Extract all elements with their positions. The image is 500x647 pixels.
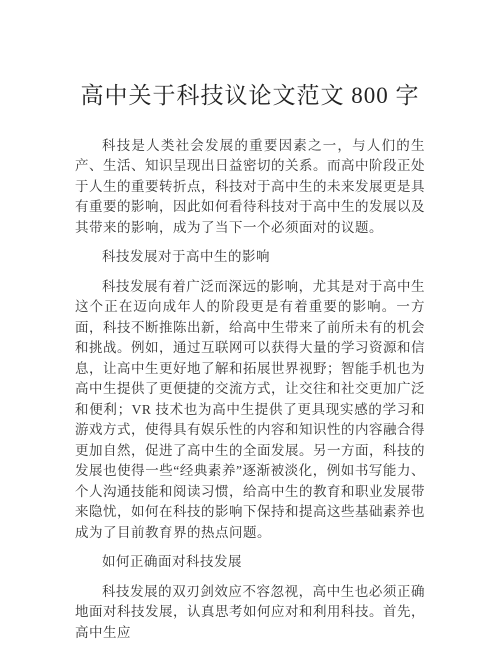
essay-title: 高中关于科技议论文范文 800 字: [75, 82, 425, 111]
essay-paragraph-influence: 科技发展有着广泛而深远的影响，尤其是对于高中生这个正在迈向成年人的阶段更是有着重…: [75, 277, 425, 544]
document-page: 高中关于科技议论文范文 800 字 科技是人类社会发展的重要因素之一，与人们的生…: [0, 0, 500, 647]
essay-section-heading-influence: 科技发展对于高中生的影响: [75, 247, 425, 268]
essay-section-heading-how-to-face: 如何正确面对科技发展: [75, 552, 425, 573]
essay-paragraph-intro: 科技是人类社会发展的重要因素之一，与人们的生产、生活、知识呈现出日益密切的关系。…: [75, 136, 425, 239]
essay-paragraph-how-to-face: 科技发展的双刃剑效应不容忽视，高中生也必须正确地面对科技发展，认真思考如何应对和…: [75, 582, 425, 644]
essay-body: 科技是人类社会发展的重要因素之一，与人们的生产、生活、知识呈现出日益密切的关系。…: [75, 136, 425, 644]
